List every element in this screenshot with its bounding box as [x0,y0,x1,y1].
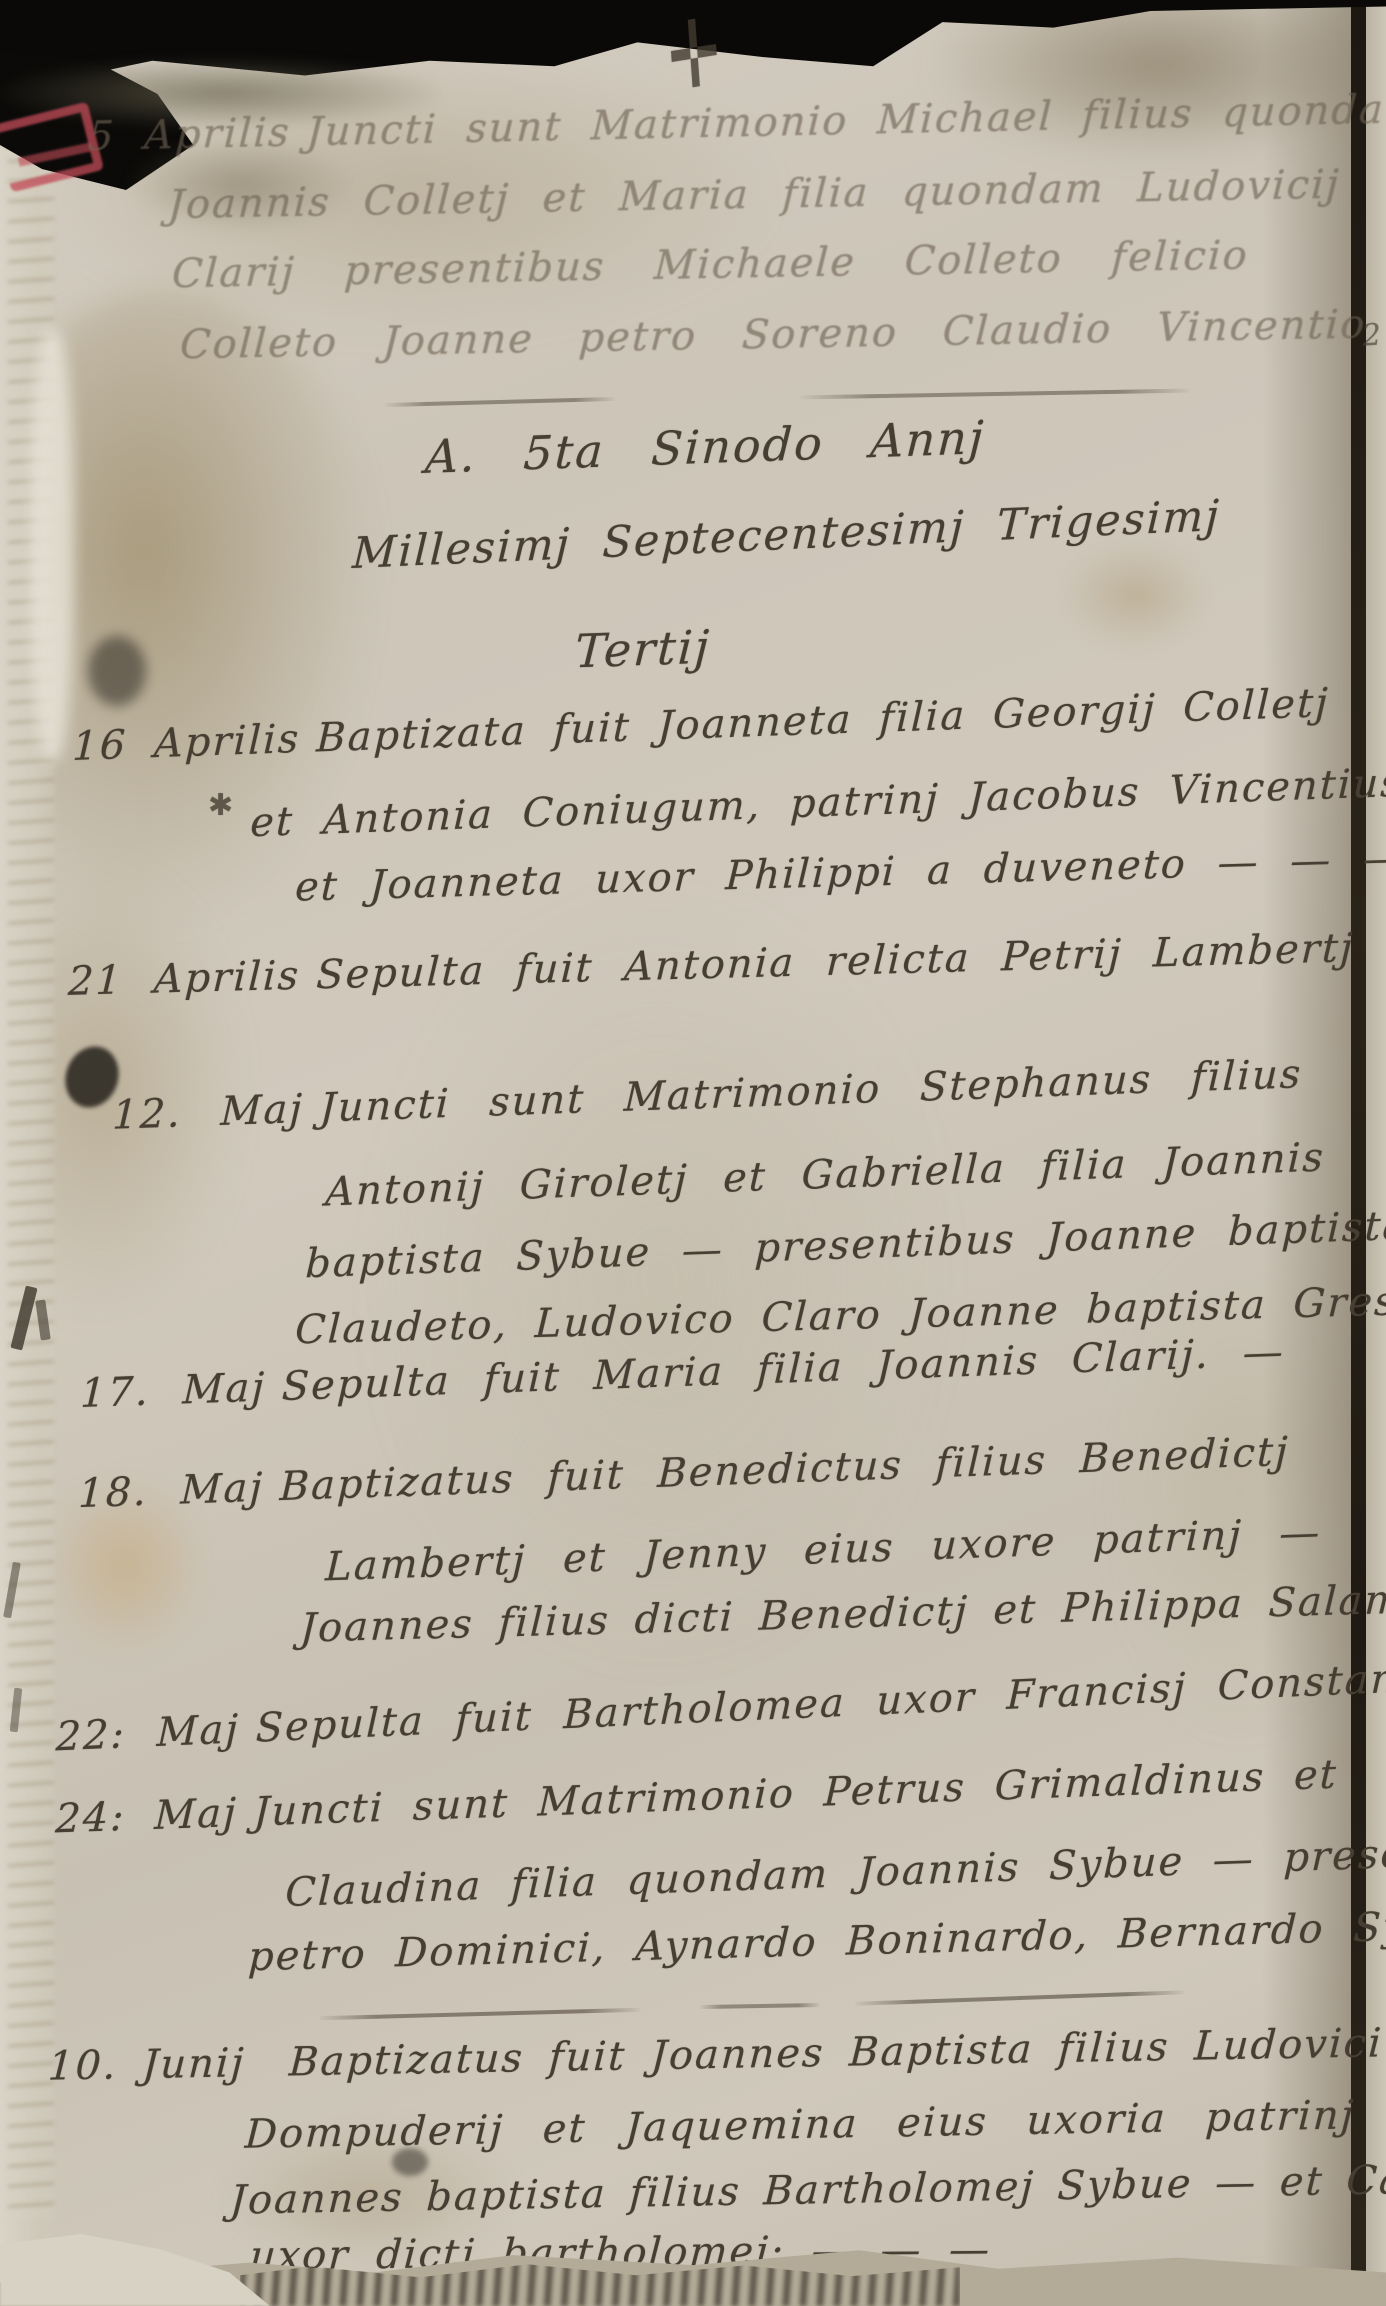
record-date: 10. Junij [47,2040,246,2089]
record-date: 21 Aprilis [67,953,301,1005]
record-date: 24: Maj [55,1790,239,1842]
asterisk-mark: ✱ [208,788,235,823]
heading-line: Tertij [574,620,713,679]
ink-blot [392,2148,428,2176]
torn-edge-highlight [30,330,74,760]
ink-blot [88,636,146,706]
record-date: 18. Maj [78,1465,265,1518]
manuscript-page: 2 ✛ 5 AprilisJuncti sunt Matrimonio Mich… [0,0,1386,2306]
record-date: 22: Maj [55,1706,240,1760]
record-date: 5 Aprilis [87,110,292,160]
ink-cross-icon: ✛ [664,0,725,113]
record-date: 12. Maj [112,1086,305,1139]
record-date: 16 Aprilis [72,716,302,770]
record-date: 17. Maj [80,1365,267,1418]
